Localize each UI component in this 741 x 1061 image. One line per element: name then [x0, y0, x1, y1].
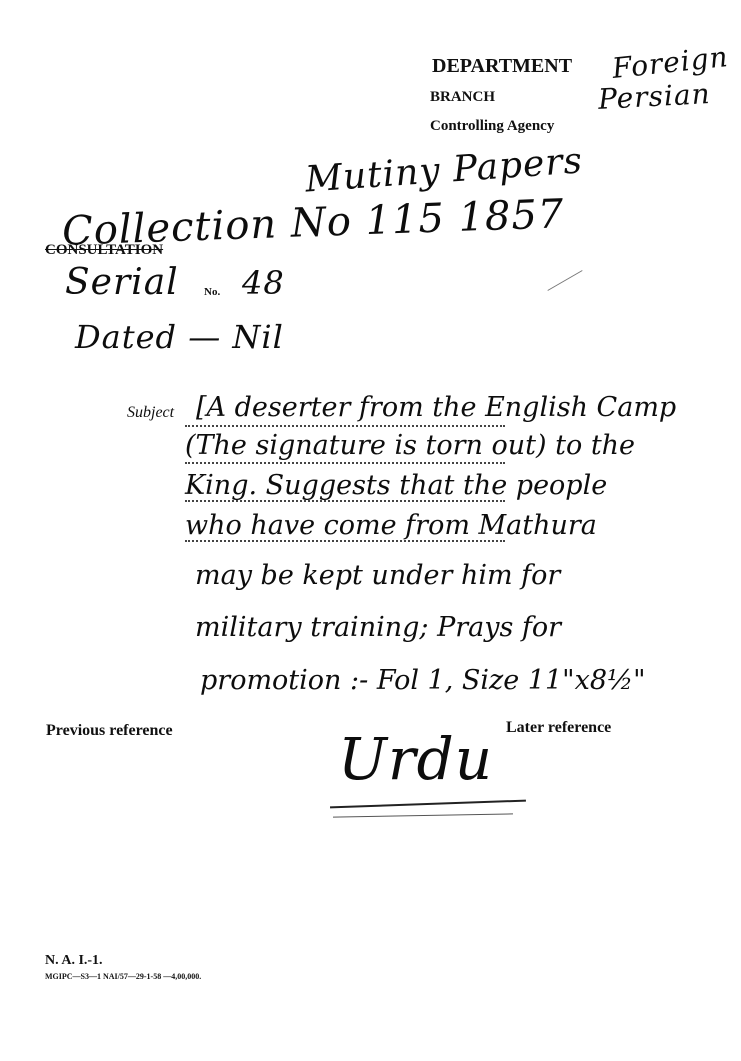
stray-mark	[547, 270, 582, 291]
branch-label: BRANCH	[430, 89, 495, 106]
later-reference-label: Later reference	[506, 719, 611, 737]
subject-line: King. Suggests that the people	[185, 470, 607, 496]
consultation-label: CONSULTATION	[45, 242, 163, 259]
subject-line: may be kept under him for	[195, 560, 560, 586]
previous-reference-label: Previous reference	[46, 722, 173, 740]
subject-line: [A deserter from the English Camp	[196, 392, 676, 418]
dotted-rule	[185, 462, 505, 464]
subject-line: military training; Prays for	[195, 612, 561, 638]
serial-value: 48	[242, 264, 285, 302]
subject-line: promotion :- Fol 1, Size 11"x8½"	[200, 665, 646, 691]
subject-label: Subject	[127, 404, 174, 422]
dated-field: Dated — Nil	[75, 318, 284, 356]
dotted-rule	[185, 425, 505, 427]
form-code: N. A. I.-1.	[45, 953, 103, 969]
department-label: DEPARTMENT	[432, 55, 572, 78]
double-underline	[333, 813, 513, 818]
branch-value: Persian	[597, 77, 711, 116]
controlling-agency-label: Controlling Agency	[430, 118, 554, 135]
double-underline	[330, 800, 526, 810]
language-note: Urdu	[338, 725, 493, 793]
subject-line: (The signature is torn out) to the	[185, 430, 635, 456]
serial-no-label: No.	[204, 286, 220, 298]
printer-line: MGIPC—S3—1 NAI/57—29-1-58 —4,00,000.	[45, 972, 201, 981]
serial-handwritten-label: Serial	[65, 262, 179, 303]
subject-line: who have come from Mathura	[185, 510, 597, 536]
